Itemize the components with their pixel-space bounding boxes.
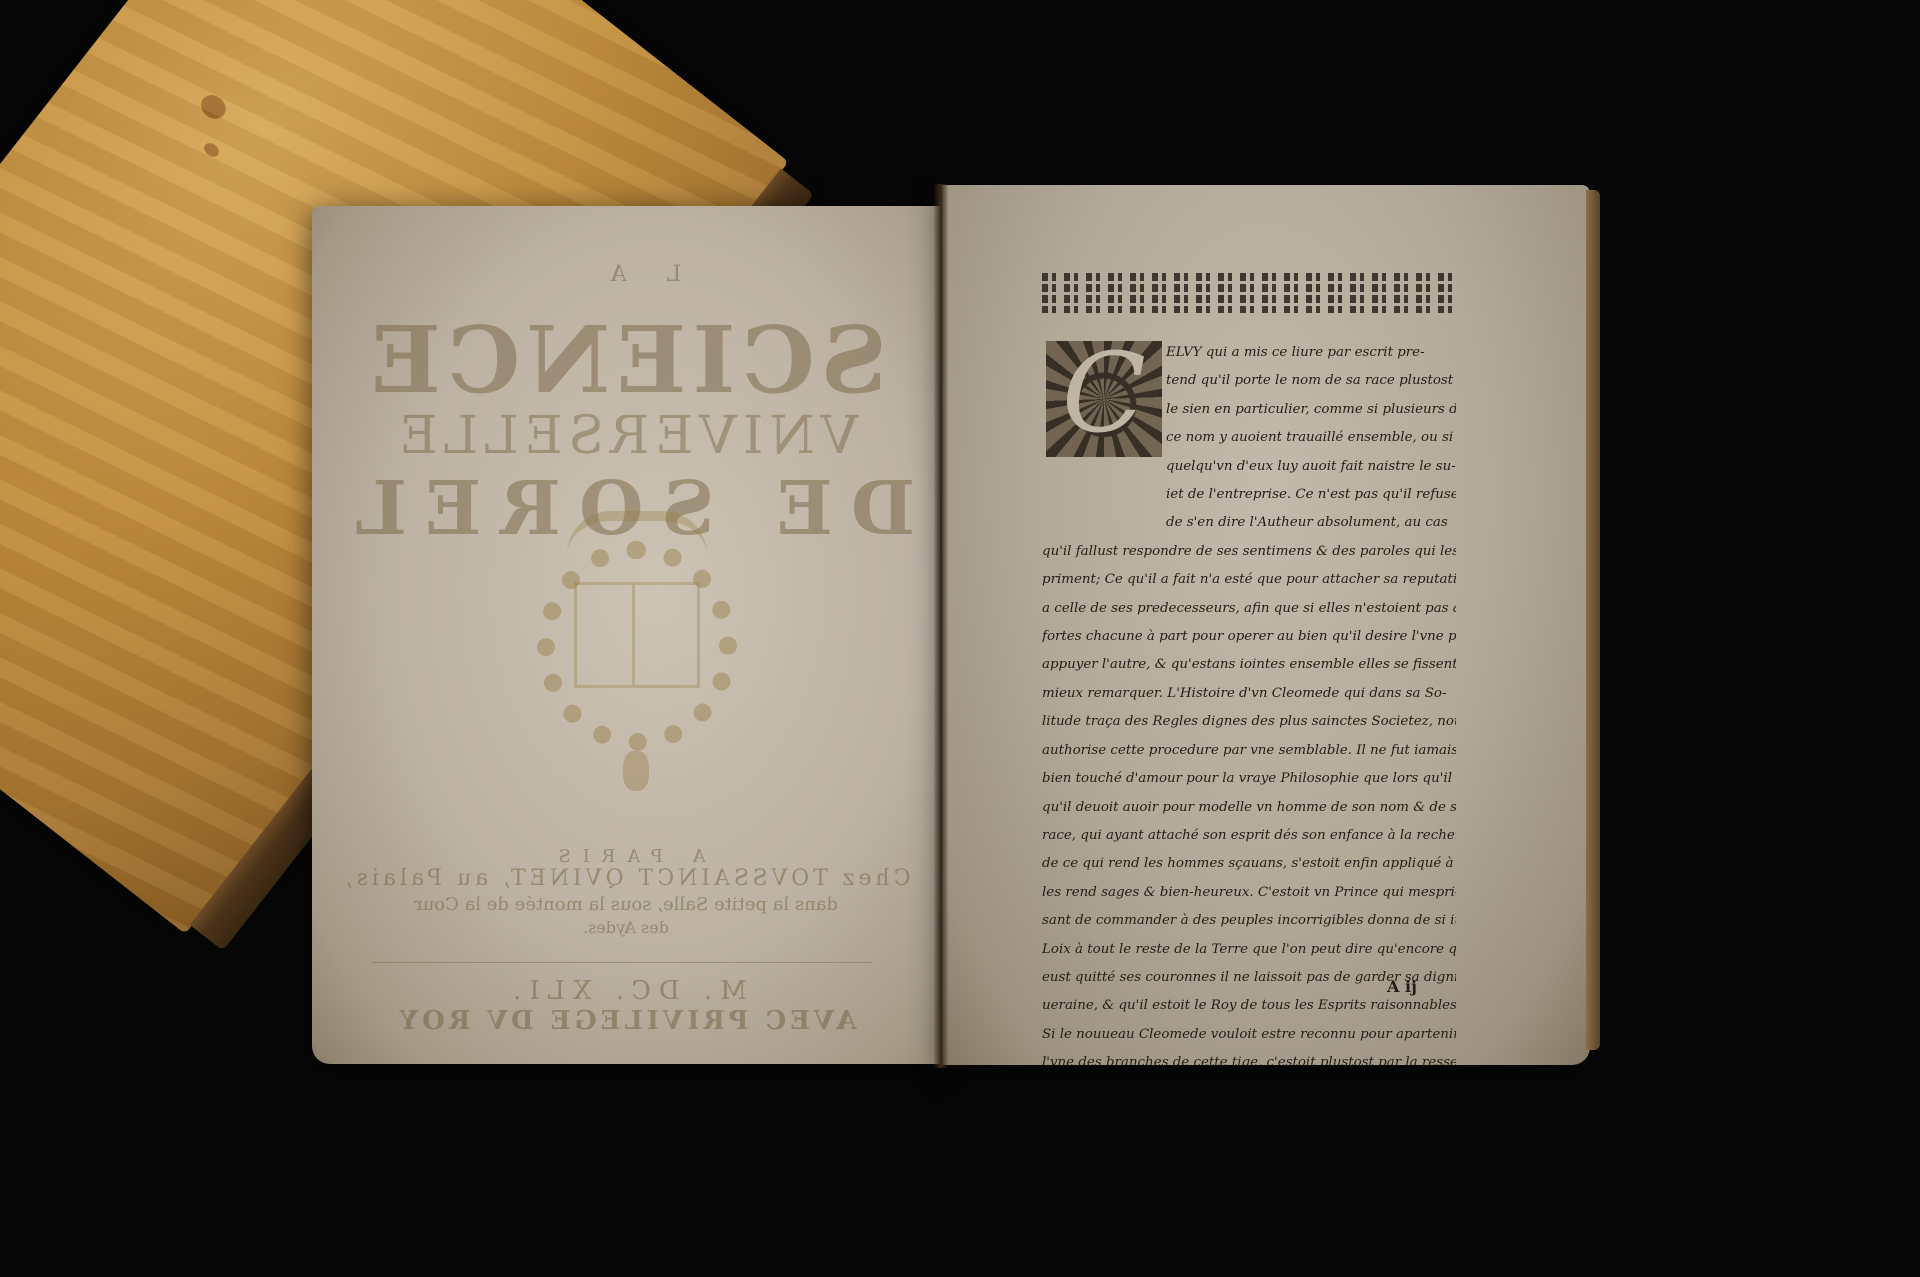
text-line: bien touché d'amour pour la vraye Philos… bbox=[1042, 765, 1456, 793]
bleed-imprint-line3: des Aydes. bbox=[312, 918, 940, 937]
text-line: les rend sages & bien-heureux. C'estoit … bbox=[1042, 879, 1456, 907]
photo-scene: LA SCIENCE VNIVERSELLE DE SOREL A PARIS … bbox=[0, 0, 1920, 1277]
bleed-title-science: SCIENCE bbox=[312, 306, 940, 414]
text-line: iet de l'entreprise. Ce n'est pas qu'il … bbox=[1042, 481, 1456, 509]
bleed-imprint-line2: dans la petite Salle, sous la montée de … bbox=[312, 894, 940, 915]
text-line: race, qui ayant attaché son esprit dés s… bbox=[1042, 822, 1456, 850]
text-line: ELVY qui a mis ce liure par escrit pre- bbox=[1042, 339, 1456, 367]
stain bbox=[201, 140, 221, 159]
text-line: a celle de ses predecesseurs, afin que s… bbox=[1042, 595, 1456, 623]
text-line: appuyer l'autre, & qu'estans iointes ens… bbox=[1042, 651, 1456, 679]
floral-headpiece-ornament-icon bbox=[1042, 273, 1454, 313]
right-page-edge bbox=[1586, 190, 1600, 1050]
right-page: 3 C ELVY qui a mis ce liure par escrit p… bbox=[942, 185, 1590, 1065]
text-line: qu'il fallust respondre de ses sentimens… bbox=[1042, 538, 1456, 566]
bleed-title-la: LA bbox=[312, 262, 940, 287]
bleed-imprint-line1: Chez TOVSSAINCT QVINET, au Palais, bbox=[312, 866, 940, 891]
signature-mark: A ij bbox=[1387, 977, 1417, 996]
bleed-title-vniverselle: VNIVERSELLE bbox=[312, 406, 940, 466]
royal-arms-pendant-icon bbox=[623, 751, 649, 791]
text-line: Si le nouueau Cleomede vouloit estre rec… bbox=[1042, 1021, 1456, 1049]
bleed-imprint-date: M. DC. XLI. bbox=[312, 976, 940, 1006]
text-line: de s'en dire l'Autheur absolument, au ca… bbox=[1042, 509, 1456, 537]
text-line: quelqu'vn d'eux luy auoit fait naistre l… bbox=[1042, 453, 1456, 481]
text-line: de ce qui rend les hommes sçauans, s'est… bbox=[1042, 850, 1456, 878]
bleed-rule bbox=[372, 962, 872, 963]
text-line: qu'il deuoit auoir pour modelle vn homme… bbox=[1042, 794, 1456, 822]
left-page: LA SCIENCE VNIVERSELLE DE SOREL A PARIS … bbox=[312, 206, 940, 1064]
text-line: Loix à tout le reste de la Terre que l'o… bbox=[1042, 936, 1456, 964]
text-line: tend qu'il porte le nom de sa race plust… bbox=[1042, 367, 1456, 395]
text-line: ueraine, & qu'il estoit le Roy de tous l… bbox=[1042, 992, 1456, 1020]
stain bbox=[196, 90, 230, 123]
royal-arms-shield-icon bbox=[574, 582, 700, 688]
text-line: mieux remarquer. L'Histoire d'vn Cleomed… bbox=[1042, 680, 1456, 708]
text-line: litude traça des Regles dignes des plus … bbox=[1042, 708, 1456, 736]
book-gutter bbox=[934, 184, 948, 1068]
body-text: ELVY qui a mis ce liure par escrit pre- … bbox=[1042, 339, 1456, 1065]
text-line: priment; Ce qu'il a fait n'a esté que po… bbox=[1042, 566, 1456, 594]
text-line: l'vne des branches de cette tige, c'esto… bbox=[1042, 1049, 1456, 1065]
text-line: sant de commander à des peuples incorrig… bbox=[1042, 907, 1456, 935]
text-line: fortes chacune à part pour operer au bie… bbox=[1042, 623, 1456, 651]
bleed-imprint-city: A PARIS bbox=[312, 846, 940, 867]
text-line: ce nom y auoient trauaillé ensemble, ou … bbox=[1042, 424, 1456, 452]
text-line: authorise cette procedure par vne sembla… bbox=[1042, 737, 1456, 765]
open-book: LA SCIENCE VNIVERSELLE DE SOREL A PARIS … bbox=[312, 180, 1602, 1080]
bleed-imprint-privilege: AVEC PRIVILEGE DV ROY bbox=[312, 1006, 940, 1036]
text-line: le sien en particulier, comme si plusieu… bbox=[1042, 396, 1456, 424]
